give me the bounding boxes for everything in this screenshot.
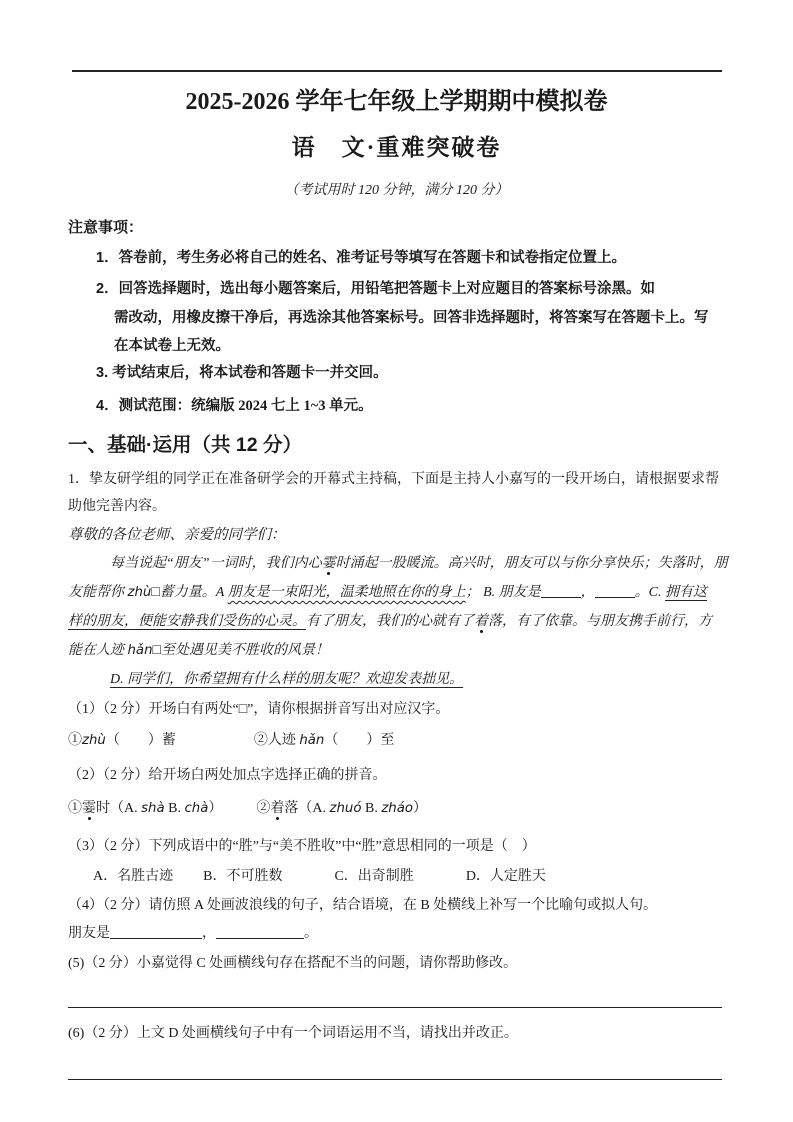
spacer	[414, 879, 466, 880]
spacer	[176, 743, 254, 744]
pinyin-han: hǎn	[128, 643, 153, 658]
text-segment: 落（A.	[284, 801, 329, 816]
text-segment: 。C.	[635, 585, 665, 600]
sentence-c-underline: 样的朋友，便能安静我们受伤的心灵。	[68, 614, 306, 629]
answer-line-6	[68, 1079, 722, 1080]
pinyin-zhu: zhù	[82, 733, 106, 748]
text-segment: 时涌起一股暖流。高兴时，朋友可以与你分享快乐；失落时，朋	[336, 556, 728, 571]
notice-item-3: 3. 考试结束后，将本试卷和答题卡一并交回。	[96, 362, 737, 384]
text-segment: 每当说起“朋友”一词时，我们内心	[110, 556, 322, 571]
header-rule	[72, 70, 722, 72]
text-segment: ②人迹	[254, 733, 300, 748]
pinyin-option: zhuó	[330, 801, 362, 816]
notice-heading: 注意事项：	[68, 217, 722, 239]
pinyin-han: hǎn	[299, 733, 324, 748]
emphasized-char-zhuo: 着	[474, 614, 488, 629]
question-1-stem-line-2: 助他完善内容。	[68, 493, 724, 520]
text-segment: ）	[208, 801, 222, 816]
text-segment: 落，有了依靠。与朋友携手前行，方	[488, 614, 712, 629]
section-1-heading: 一、基础·运用（共 12 分）	[68, 431, 722, 459]
sub-question-4-answer-row: 朋友是，。	[68, 921, 724, 947]
emphasized-char-zhuo: 着	[270, 801, 284, 816]
option-d: D．人定胜天	[466, 869, 546, 884]
text-segment: 。	[304, 926, 318, 941]
notice-item-4: 4．测试范围：统编版 2024 七上 1~3 单元。	[96, 395, 737, 417]
exam-info-line: （考试用时 120 分钟，满分 120 分）	[0, 181, 793, 201]
sub-question-3-label: （3）（2 分）下列成语中的“胜”与“美不胜收”中“胜”意思相同的一项是（ ）	[68, 834, 724, 860]
notice-item-2: 2．回答选择题时，选出每小题答案后，用铅笔把答题卡上对应题目的答案标号涂黑。如	[96, 278, 737, 300]
text-segment: 时（A.	[96, 801, 141, 816]
text-segment: ①	[68, 733, 82, 748]
sub-question-4-label: （4）（2 分）请仿照 A 处画波浪线的句子，结合语境，在 B 处横线上补写一个…	[68, 893, 724, 919]
pinyin-option: chà	[184, 801, 208, 816]
text-segment: （ ）至	[324, 733, 394, 748]
sentence-c-underline: 拥有这	[665, 585, 707, 600]
notice-item-1: 1．答卷前，考生务必将自己的姓名、准考证号等填写在答题卡和试卷指定位置上。	[96, 247, 737, 269]
text-segment: 有了朋友，我们的心就有了	[306, 614, 474, 629]
answer-blank	[216, 924, 304, 939]
text-segment: B.	[361, 801, 381, 816]
speech-line-1: 每当说起“朋友”一词时，我们内心霎时涌起一股暖流。高兴时，朋友可以与你分享快乐；…	[68, 549, 724, 578]
pinyin-zhu: zhù	[128, 585, 152, 600]
exam-subject-title: 语 文·重难突破卷	[0, 133, 793, 163]
option-b: B．不可胜数	[203, 869, 282, 884]
spacer	[173, 879, 203, 880]
sub-question-6-label: (6)（2 分）上文 D 处画横线句子中有一个词语运用不当，请找出并改正。	[68, 1021, 724, 1047]
text-segment: ①	[68, 801, 82, 816]
text-segment: ，	[581, 585, 595, 600]
pinyin-option: zháo	[381, 801, 413, 816]
sub-question-5-label: (5)（2 分）小嘉觉得 C 处画横线句存在搭配不当的问题，请你帮助修改。	[68, 951, 724, 977]
notice-item-2-cont-1: 需改动，用橡皮擦干净后，再选涂其他答案标号。回答非选择题时，将答案写在答题卡上。…	[114, 307, 737, 329]
sub-question-1-label: （1）（2 分）开场白有两处“□”，请你根据拼音写出对应汉字。	[68, 697, 724, 723]
speech-salutation: 尊敬的各位老师、亲爱的同学们：	[68, 522, 724, 549]
emphasized-char-sha: 霎	[82, 801, 96, 816]
sentence-d-underline: D. 同学们，你希望拥有什么样的朋友呢？欢迎发表拙见。	[110, 672, 463, 687]
option-a: A．名胜古迹	[93, 869, 173, 884]
speech-line-3: 样的朋友，便能安静我们受伤的心灵。有了朋友，我们的心就有了着落，有了依靠。与朋友…	[68, 607, 724, 636]
speech-line-2: 友能帮你 zhù□蓄力量。A 朋友是一束阳光，温柔地照在你的身上； B. 朋友是…	[68, 578, 724, 607]
sentence-a-wavy: 朋友是一束阳光，温柔地照在你的身上	[228, 585, 466, 600]
text-segment: □至处遇见美不胜收的风景！	[153, 643, 329, 658]
exam-title: 2025-2026 学年七年级上学期期中模拟卷	[0, 87, 793, 117]
text-segment: 能在人迹	[68, 643, 128, 658]
speech-line-4: 能在人迹 hǎn□至处遇见美不胜收的风景！	[68, 636, 724, 665]
spacer	[282, 879, 334, 880]
text-segment: ，	[202, 926, 216, 941]
answer-line-5	[68, 1007, 722, 1008]
spacer	[222, 811, 256, 812]
text-segment: ②	[256, 801, 270, 816]
notice-item-4-text: 统编版 2024 七上 1~3 单元。	[191, 398, 373, 414]
answer-blank-b2	[595, 583, 635, 598]
text-segment: B.	[165, 801, 185, 816]
sub-question-2-label: （2）（2 分）给开场白两处加点字选择正确的拼音。	[68, 763, 724, 789]
text-segment: 朋友是	[68, 926, 110, 941]
speech-line-d: D. 同学们，你希望拥有什么样的朋友呢？欢迎发表拙见。	[68, 665, 724, 694]
text-segment: □蓄力量。A	[151, 585, 227, 600]
question-1-stem-line-1: 1．挚友研学组的同学正在准备研学会的开幕式主持稿，下面是主持人小嘉写的一段开场白…	[68, 466, 724, 493]
sub-question-1-answer-row: ①zhù（ ）蓄②人迹 hǎn（ ）至	[68, 728, 724, 754]
emphasized-char-sha: 霎	[322, 556, 336, 571]
answer-blank-b1	[541, 583, 581, 598]
notice-item-2-cont-2: 在本试卷上无效。	[114, 335, 737, 357]
text-segment: ； B. 朋友是	[466, 585, 541, 600]
exam-paper-page: 2025-2026 学年七年级上学期期中模拟卷 语 文·重难突破卷 （考试用时 …	[0, 0, 793, 1122]
sub-question-2-answer-row: ①霎时（A. shà B. chà）②着落（A. zhuó B. zháo）	[68, 796, 724, 822]
answer-blank	[110, 924, 202, 939]
pinyin-option: shà	[141, 801, 165, 816]
text-segment: ）	[413, 801, 427, 816]
notice-item-4-label: 4．测试范围：	[96, 398, 191, 414]
option-c: C．出奇制胜	[334, 869, 413, 884]
text-segment: 友能帮你	[68, 585, 128, 600]
sub-question-3-options-row: A．名胜古迹B．不可胜数C．出奇制胜D．人定胜天	[68, 864, 724, 890]
text-segment: （ ）蓄	[106, 733, 176, 748]
